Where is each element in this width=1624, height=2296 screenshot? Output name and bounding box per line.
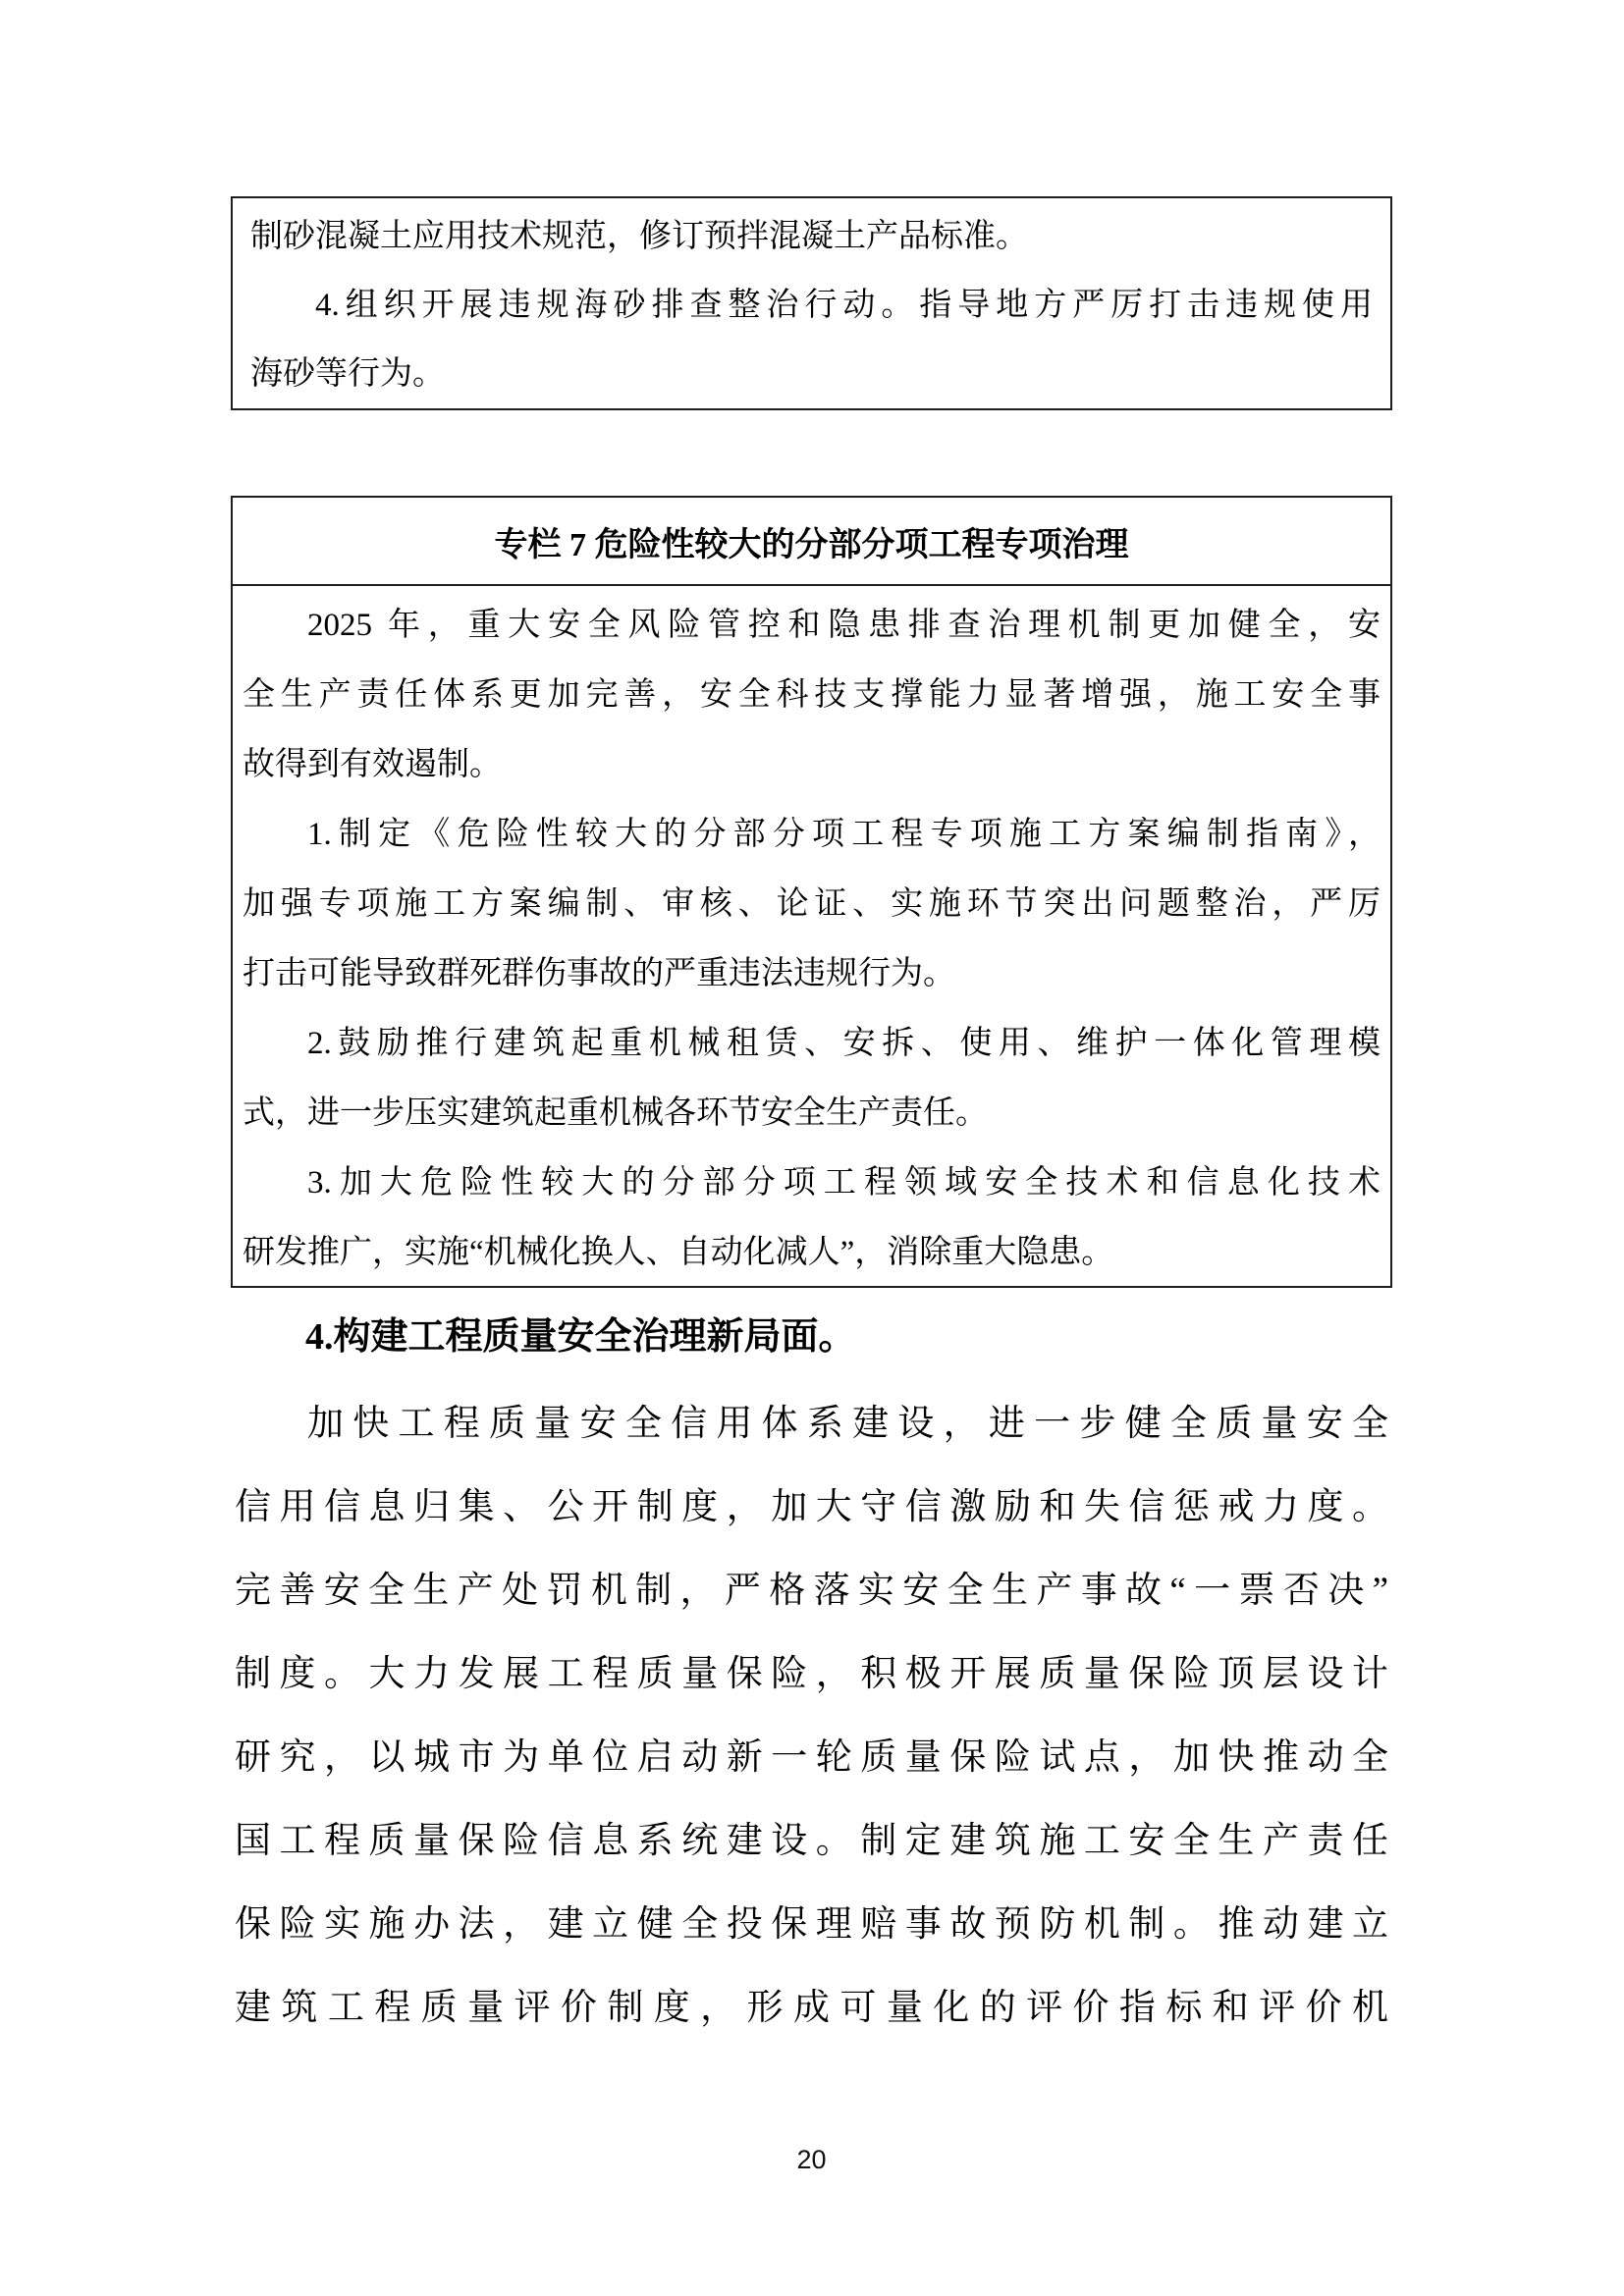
text-line: 加强专项施工方案编制、审核、论证、实施环节突出问题整治，严厉 bbox=[243, 870, 1380, 939]
text-line: 2.鼓励推行建筑起重机械租赁、安拆、使用、维护一体化管理模 bbox=[243, 1009, 1380, 1079]
text-line: 3.加大危险性较大的分部分项工程领域安全技术和信息化技术 bbox=[243, 1148, 1380, 1218]
text-line: 2025 年，重大安全风险管控和隐患排查治理机制更加健全，安 bbox=[243, 591, 1380, 661]
panel-7-box: 专栏 7 危险性较大的分部分项工程专项治理 2025 年，重大安全风险管控和隐患… bbox=[231, 496, 1392, 1288]
text-line: 信用信息归集、公开制度，加大守信激励和失信惩戒力度。 bbox=[235, 1466, 1388, 1549]
text-line: 制度。大力发展工程质量保险，积极开展质量保险顶层设计 bbox=[235, 1632, 1388, 1716]
text-line: 研究，以城市为单位启动新一轮质量保险试点，加快推动全 bbox=[235, 1716, 1388, 1799]
panel-7-title: 专栏 7 危险性较大的分部分项工程专项治理 bbox=[233, 498, 1390, 586]
text-line: 加快工程质量安全信用体系建设，进一步健全质量安全 bbox=[235, 1382, 1388, 1466]
text-line: 1.制定《危险性较大的分部分项工程专项施工方案编制指南》， bbox=[243, 800, 1380, 870]
panel-7-body: 2025 年，重大安全风险管控和隐患排查治理机制更加健全，安 全生产责任体系更加… bbox=[233, 586, 1390, 1288]
text-line: 故得到有效遏制。 bbox=[243, 730, 1380, 800]
text-line: 国工程质量保险信息系统建设。制定建筑施工安全生产责任 bbox=[235, 1799, 1388, 1883]
text-line: 制砂混凝土应用技术规范，修订预拌混凝土产品标准。 bbox=[250, 202, 1373, 271]
document-page: 制砂混凝土应用技术规范，修订预拌混凝土产品标准。 4.组织开展违规海砂排查整治行… bbox=[0, 0, 1624, 2296]
text-line: 式，进一步压实建筑起重机械各环节安全生产责任。 bbox=[243, 1079, 1380, 1148]
text-line: 建筑工程质量评价制度，形成可量化的评价指标和评价机 bbox=[235, 1966, 1388, 2050]
continuation-text-box: 制砂混凝土应用技术规范，修订预拌混凝土产品标准。 4.组织开展违规海砂排查整治行… bbox=[231, 196, 1392, 410]
page-number: 20 bbox=[231, 2145, 1392, 2175]
section-heading: 4.构建工程质量安全治理新局面。 bbox=[231, 1311, 1392, 1362]
text-line: 打击可能导致群死群伤事故的严重违法违规行为。 bbox=[243, 939, 1380, 1009]
text-line: 完善安全生产处罚机制，严格落实安全生产事故“一票否决” bbox=[235, 1549, 1388, 1632]
text-line: 研发推广，实施“机械化换人、自动化减人”，消除重大隐患。 bbox=[243, 1218, 1380, 1288]
text-line: 保险实施办法，建立健全投保理赔事故预防机制。推动建立 bbox=[235, 1883, 1388, 1966]
text-line: 海砂等行为。 bbox=[250, 340, 1373, 408]
body-paragraph: 加快工程质量安全信用体系建设，进一步健全质量安全 信用信息归集、公开制度，加大守… bbox=[231, 1382, 1392, 2050]
text-line: 4.组织开展违规海砂排查整治行动。指导地方严厉打击违规使用 bbox=[250, 271, 1373, 340]
text-line: 全生产责任体系更加完善，安全科技支撑能力显著增强，施工安全事 bbox=[243, 661, 1380, 730]
